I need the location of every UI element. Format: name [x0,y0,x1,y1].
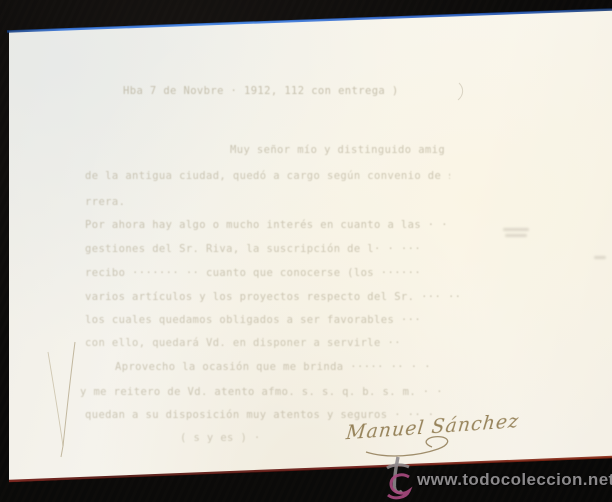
body-line: Por ahora hay algo o mucho interés en cu… [85,219,462,231]
watermark-url-text: www.todocoleccion.net [417,470,612,490]
pencil-check-mark [48,352,63,446]
body-line: con ello, quedará Vd. en disponer a serv… [85,337,410,349]
todocoleccion-watermark: www.todocoleccion.net [381,453,612,501]
body-line: los cuales quedamos obligados a ser favo… [85,314,442,326]
top-edge-blue-line [7,10,612,32]
tc-logo-icon [381,453,415,501]
body-line: gestiones del Sr. Riva, la suscripción d… [85,243,430,255]
body-line: varios artículos y los proyectos respect… [85,291,470,303]
pencil-check-mark [61,342,75,457]
body-line: Muy señor mío y distinguido amigo [230,144,445,156]
scanned-letter-photo: Hba 7 de Novbre · 1912, 112 con entrega … [0,0,612,502]
closing-marks: ( s y es ) · [180,432,310,444]
body-line: rrera. [85,196,127,208]
body-line: de la antigua ciudad, quedó a cargo segú… [85,170,450,182]
paper-smudge [594,256,606,259]
paper-smudge [505,234,527,237]
date-line: Hba 7 de Novbre · 1912, 112 con entrega … [123,85,463,97]
body-line: y me reitero de Vd. atento afmo. s. s. q… [80,386,475,398]
paper-smudge [503,228,529,231]
body-line: recibo ······· ·· cuanto que conocerse (… [85,267,465,279]
body-line: Aprovecho la ocasión que me brinda ·····… [115,361,455,373]
